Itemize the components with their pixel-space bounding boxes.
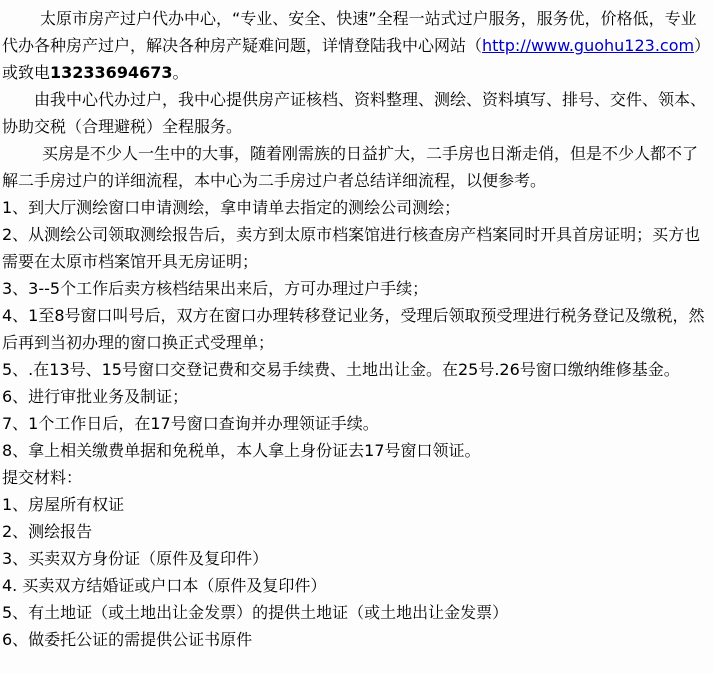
step-item-1: 1、到大厅测绘窗口申请测绘，拿申请单去指定的测绘公司测绘；: [2, 194, 712, 221]
phone-number: 13233694673: [50, 63, 172, 82]
material-item-2: 2、测绘报告: [2, 518, 712, 545]
website-link[interactable]: http://www.guohu123.com: [482, 36, 694, 55]
material-item-5: 5、有土地证（或土地出让金发票）的提供土地证（或土地出让金发票）: [2, 599, 712, 626]
material-item-4: 4. 买卖双方结婚证或户口本（原件及复印件）: [2, 572, 712, 599]
material-item-1: 1、房屋所有权证: [2, 491, 712, 518]
intro-paragraph: 太原市房产过户代办中心，“专业、安全、快速”全程一站式过户服务，服务优，价格低，…: [2, 5, 712, 86]
services-paragraph: 由我中心代办过户，我中心提供房产证核档、资料整理、测绘、资料填写、排号、交件、领…: [2, 86, 712, 140]
step-item-5: 5、.在13号、15号窗口交登记费和交易手续费、土地出让金。在25号.26号窗口…: [2, 356, 712, 383]
material-item-6: 6、做委托公证的需提供公证书原件: [2, 626, 712, 653]
buying-paragraph: 买房是不少人一生中的大事，随着刚需族的日益扩大，二手房也日渐走俏，但是不少人都不…: [2, 140, 712, 194]
document-body: 太原市房产过户代办中心，“专业、安全、快速”全程一站式过户服务，服务优，价格低，…: [0, 0, 714, 653]
step-item-7: 7、1个工作日后，在17号窗口查询并办理领证手续。: [2, 410, 712, 437]
step-item-2: 2、从测绘公司领取测绘报告后，卖方到太原市档案馆进行核查房产档案同时开具首房证明…: [2, 221, 712, 275]
step-item-6: 6、进行审批业务及制证；: [2, 383, 712, 410]
material-item-3: 3、买卖双方身份证（原件及复印件）: [2, 545, 712, 572]
intro-text-end: 。: [172, 63, 188, 82]
step-item-3: 3、3--5个工作后卖方核档结果出来后，方可办理过户手续；: [2, 275, 712, 302]
step-item-8: 8、拿上相关缴费单据和免税单，本人拿上身份证去17号窗口领证。: [2, 437, 712, 464]
step-item-4: 4、1至8号窗口叫号后，双方在窗口办理转移登记业务，受理后领取预受理进行税务登记…: [2, 302, 712, 356]
materials-heading: 提交材料：: [2, 464, 712, 491]
